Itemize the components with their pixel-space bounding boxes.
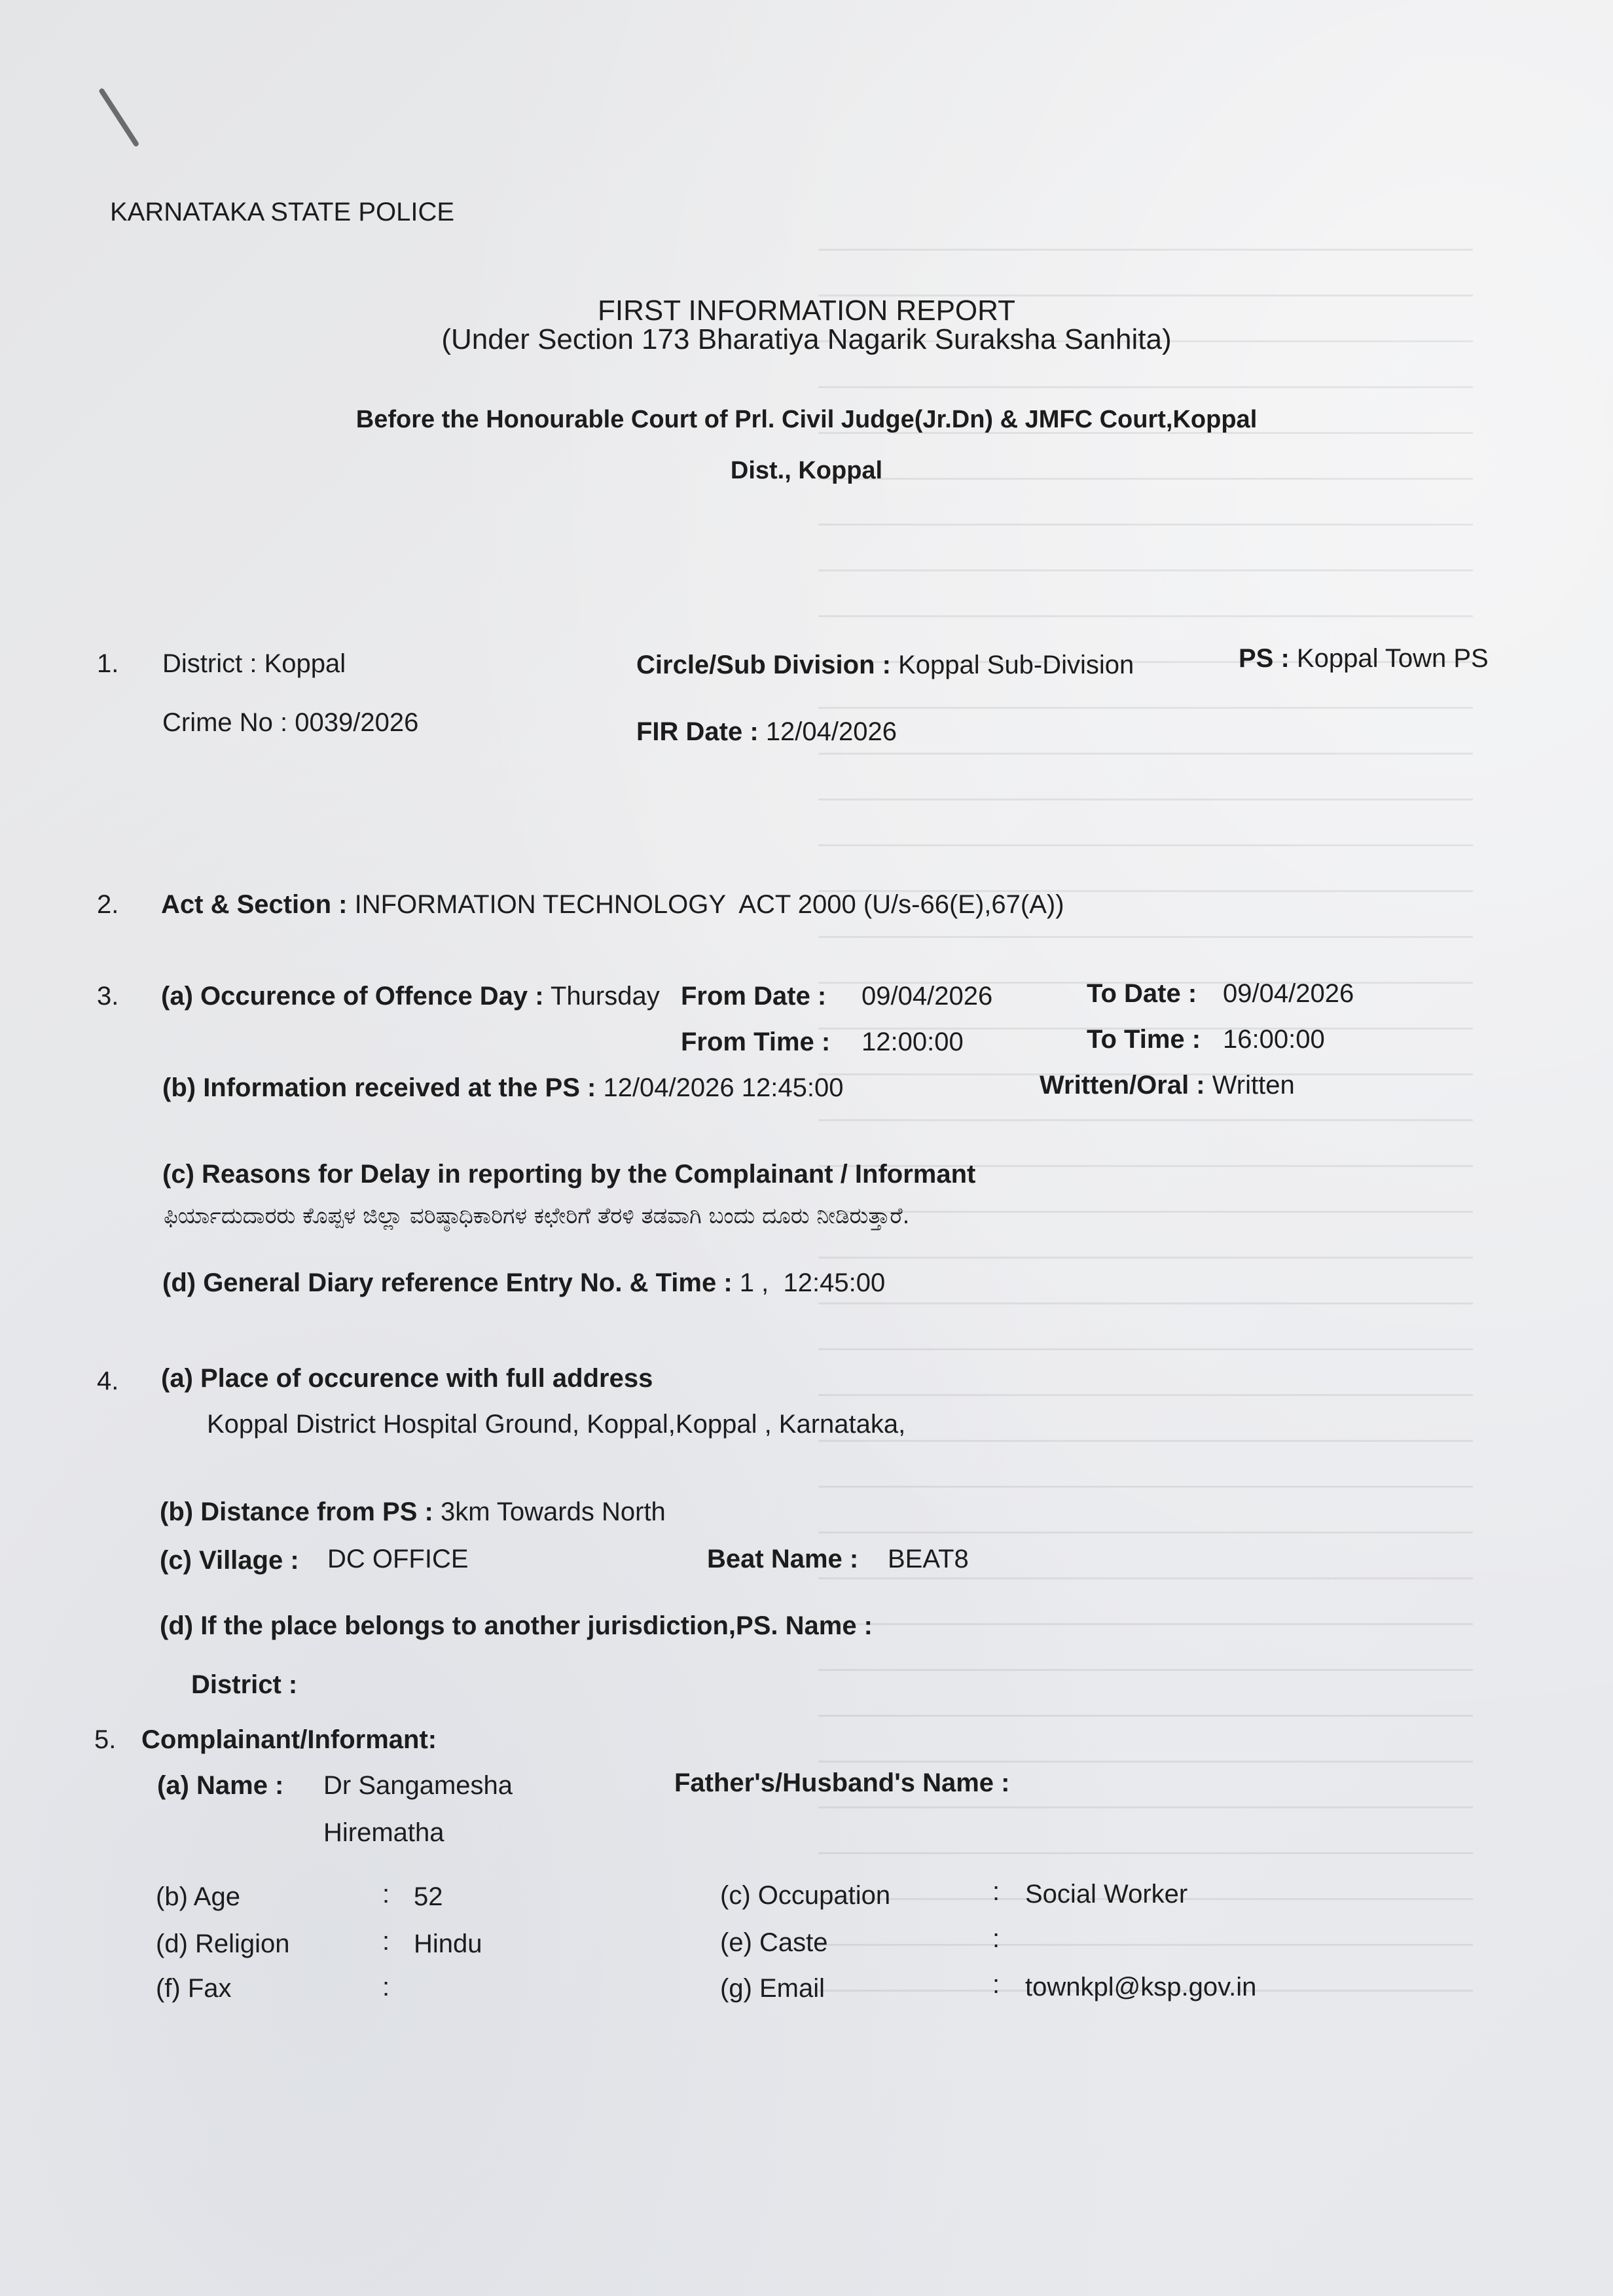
- gd-reference-value: 1 , 12:45:00: [740, 1268, 885, 1297]
- gd-reference-field: (d) General Diary reference Entry No. & …: [162, 1268, 885, 1298]
- occupation-label: (c) Occupation: [720, 1881, 890, 1910]
- occupation-colon: :: [992, 1877, 1000, 1907]
- written-oral-value: Written: [1212, 1071, 1295, 1100]
- email-value: townkpl@ksp.gov.in: [1025, 1973, 1256, 2002]
- from-date-label: From Date :: [681, 982, 826, 1011]
- religion-label: (d) Religion: [156, 1929, 290, 1959]
- beat-name-label: Beat Name :: [707, 1545, 858, 1574]
- beat-name-value: BEAT8: [888, 1545, 969, 1574]
- ps-label: PS :: [1239, 644, 1290, 673]
- info-received-label: (b) Information received at the PS :: [162, 1073, 596, 1102]
- distance-field: (b) Distance from PS : 3km Towards North: [160, 1498, 666, 1527]
- district-label: District :: [162, 649, 257, 678]
- written-oral-label: Written/Oral :: [1040, 1071, 1205, 1100]
- fir-date-value: 12/04/2026: [766, 717, 897, 746]
- occurrence-day-label: (a) Occurence of Offence Day :: [161, 982, 544, 1011]
- fir-document-page: KARNATAKA STATE POLICE FIRST INFORMATION…: [0, 0, 1613, 2296]
- email-colon: :: [992, 1970, 1000, 2000]
- email-label: (g) Email: [720, 1974, 825, 2003]
- fir-date-label: FIR Date :: [636, 717, 759, 746]
- ps-field: PS : Koppal Town PS: [1239, 644, 1489, 673]
- complainant-name-line1: Dr Sangamesha: [323, 1771, 513, 1801]
- complainant-name-line2: Hirematha: [323, 1818, 444, 1848]
- circle-value: Koppal Sub-Division: [898, 651, 1134, 679]
- age-label: (b) Age: [156, 1882, 240, 1912]
- village-value: DC OFFICE: [327, 1545, 469, 1574]
- ps-value: Koppal Town PS: [1297, 644, 1489, 673]
- document-subtitle: (Under Section 173 Bharatiya Nagarik Sur…: [0, 323, 1613, 356]
- from-date-value: 09/04/2026: [861, 982, 992, 1011]
- delay-reason-value: ಫಿರ್ಯಾದುದಾರರು ಕೊಪ್ಪಳ ಜಿಲ್ಲಾ ವರಿಷ್ಠಾಧಿಕಾರ…: [164, 1203, 909, 1229]
- place-value: Koppal District Hospital Ground, Koppal,…: [207, 1410, 905, 1439]
- to-date-value: 09/04/2026: [1223, 979, 1354, 1009]
- complainant-heading: Complainant/Informant:: [141, 1725, 437, 1755]
- occurrence-day-field: (a) Occurence of Offence Day : Thursday: [161, 982, 660, 1011]
- info-received-value: 12/04/2026 12:45:00: [603, 1073, 843, 1102]
- section-2-number: 2.: [97, 890, 118, 920]
- crime-no-label: Crime No :: [162, 708, 287, 737]
- section-3-number: 3.: [97, 982, 118, 1011]
- caste-label: (e) Caste: [720, 1928, 828, 1958]
- occurrence-day-value: Thursday: [551, 982, 660, 1011]
- from-time-value: 12:00:00: [861, 1028, 964, 1057]
- circle-label: Circle/Sub Division :: [636, 651, 891, 679]
- father-husband-name-label: Father's/Husband's Name :: [674, 1768, 1009, 1798]
- district-field: District : Koppal: [162, 649, 346, 679]
- from-time-label: From Time :: [681, 1028, 830, 1057]
- distance-value: 3km Towards North: [441, 1498, 666, 1526]
- act-section-value: INFORMATION TECHNOLOGY ACT 2000 (U/s-66(…: [355, 890, 1064, 919]
- section-1-number: 1.: [97, 649, 118, 679]
- section-5-number: 5.: [94, 1725, 116, 1755]
- section-4-number: 4.: [97, 1367, 118, 1396]
- court-name: Before the Honourable Court of Prl. Civi…: [0, 406, 1613, 434]
- circle-field: Circle/Sub Division : Koppal Sub-Divisio…: [636, 651, 1134, 680]
- reverse-side-bleed-through: [818, 249, 1473, 2016]
- delay-reason-label: (c) Reasons for Delay in reporting by th…: [162, 1160, 975, 1189]
- agency-name: KARNATAKA STATE POLICE: [110, 198, 454, 227]
- gd-reference-label: (d) General Diary reference Entry No. & …: [162, 1268, 733, 1297]
- occupation-value: Social Worker: [1025, 1880, 1187, 1909]
- fir-date-field: FIR Date : 12/04/2026: [636, 717, 897, 747]
- age-value: 52: [414, 1882, 443, 1912]
- other-jurisdiction-label: (d) If the place belongs to another juri…: [160, 1611, 873, 1641]
- crime-no-field: Crime No : 0039/2026: [162, 708, 418, 738]
- district-value: Koppal: [264, 649, 346, 678]
- act-section-field: Act & Section : INFORMATION TECHNOLOGY A…: [161, 890, 1064, 920]
- to-date-label: To Date :: [1087, 979, 1197, 1009]
- written-oral-field: Written/Oral : Written: [1040, 1071, 1295, 1100]
- religion-value: Hindu: [414, 1929, 482, 1959]
- act-section-label: Act & Section :: [161, 890, 347, 919]
- crime-no-value: 0039/2026: [295, 708, 418, 737]
- to-time-label: To Time :: [1087, 1025, 1201, 1054]
- to-time-value: 16:00:00: [1223, 1025, 1325, 1054]
- religion-colon: :: [382, 1927, 390, 1956]
- place-label: (a) Place of occurence with full address: [161, 1364, 653, 1393]
- fax-colon: :: [382, 1973, 390, 2002]
- info-received-field: (b) Information received at the PS : 12/…: [162, 1073, 843, 1103]
- complainant-name-label: (a) Name :: [157, 1771, 283, 1801]
- age-colon: :: [382, 1880, 390, 1909]
- village-label: (c) Village :: [160, 1546, 299, 1575]
- fax-label: (f) Fax: [156, 1974, 232, 2003]
- pen-stroke-icon: [98, 88, 139, 148]
- caste-colon: :: [992, 1924, 1000, 1954]
- other-district-label: District :: [191, 1670, 297, 1700]
- distance-label: (b) Distance from PS :: [160, 1498, 433, 1526]
- document-title: FIRST INFORMATION REPORT: [0, 295, 1613, 327]
- court-district: Dist., Koppal: [0, 457, 1613, 485]
